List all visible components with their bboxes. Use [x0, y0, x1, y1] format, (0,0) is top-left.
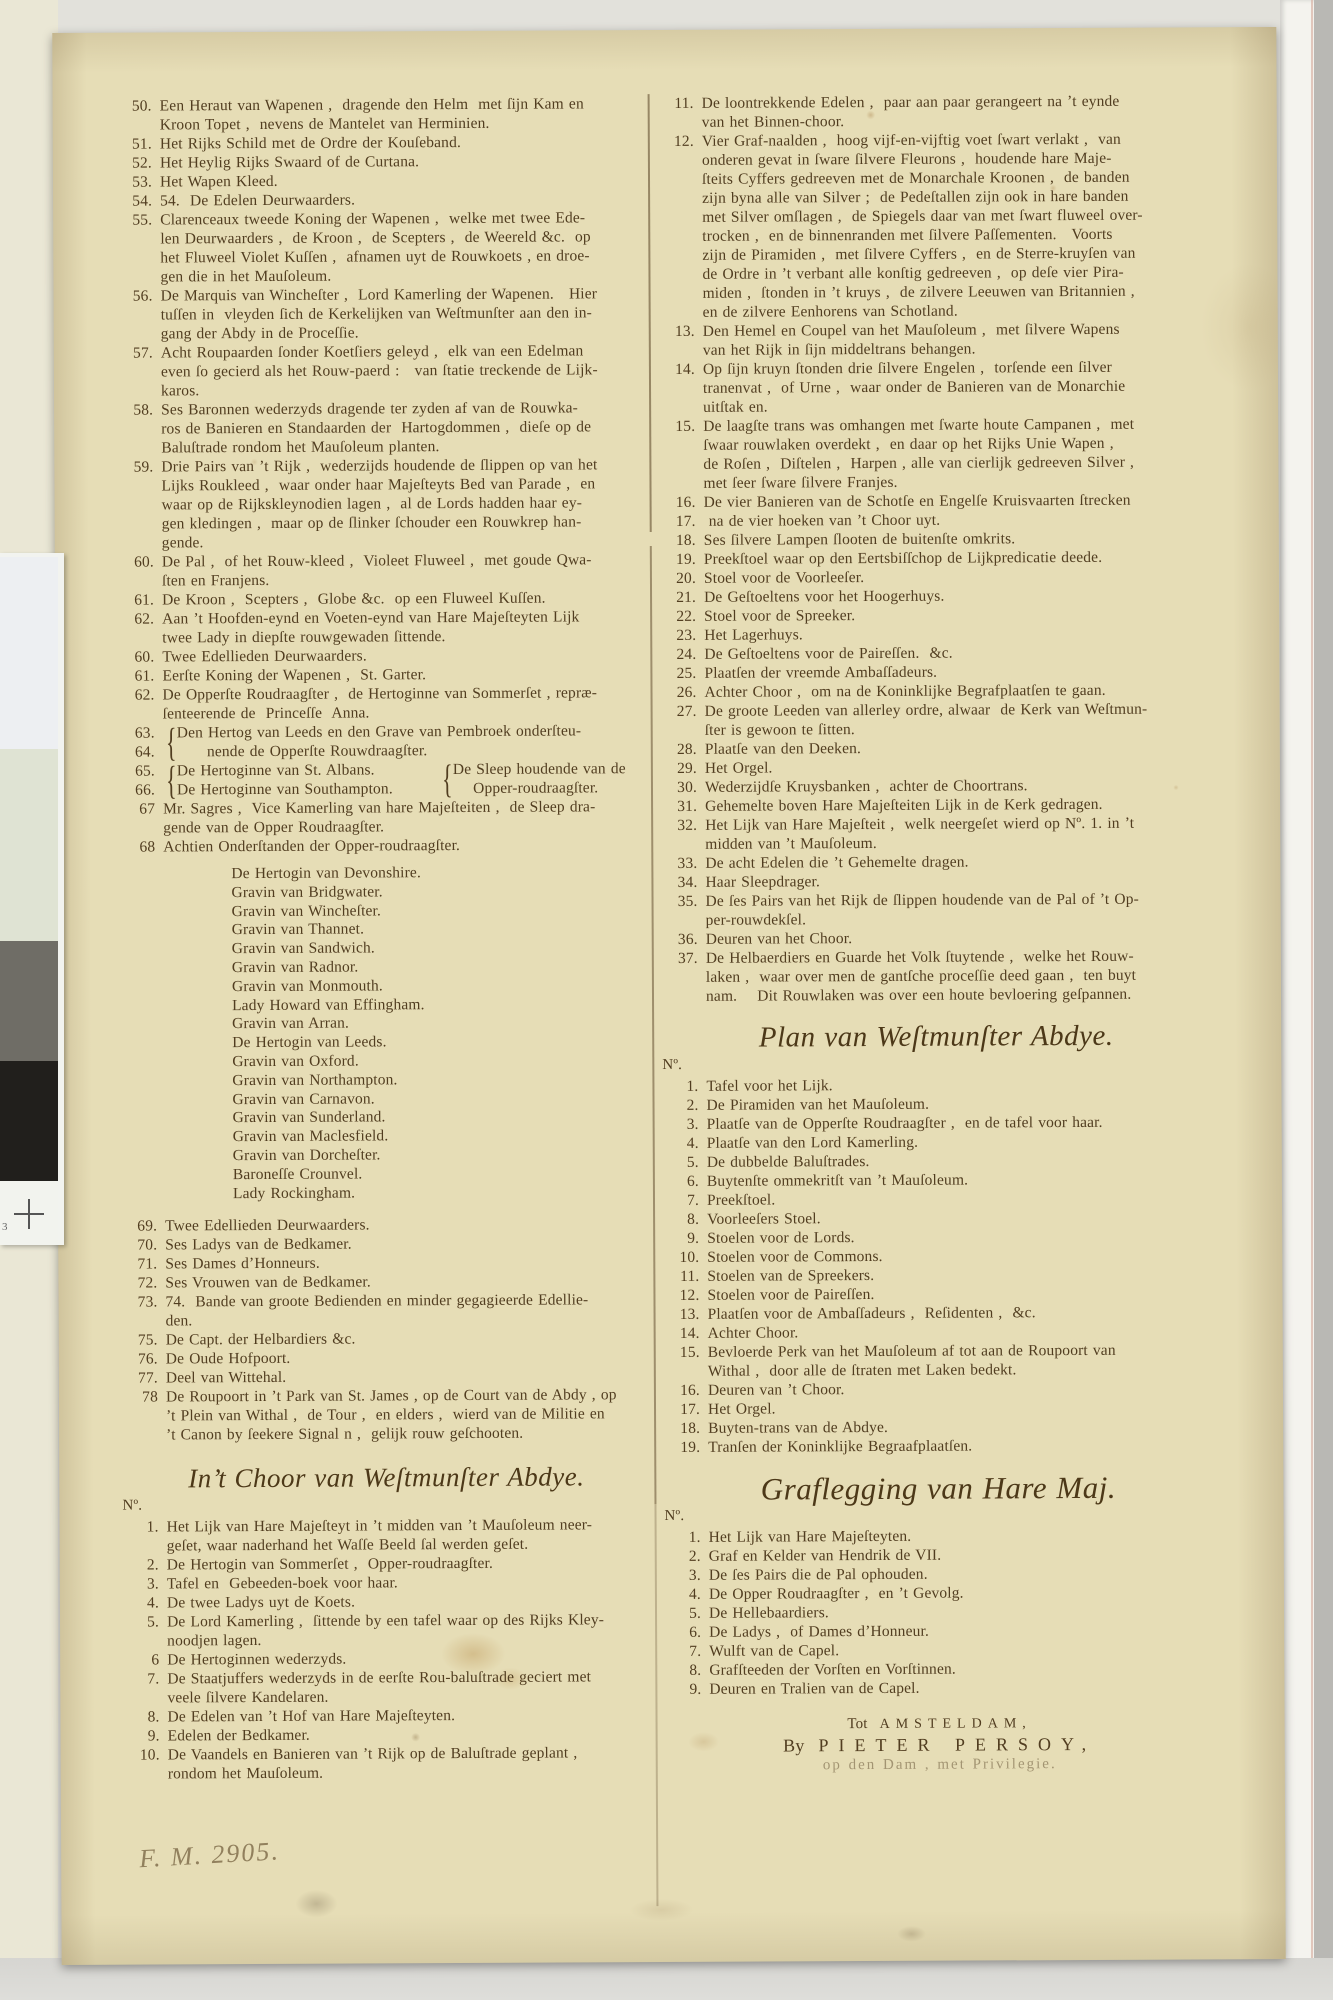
- item-number: 77.: [122, 1369, 158, 1388]
- list-item: 78 De Roupoort in ’t Park van St. James …: [122, 1385, 650, 1445]
- list-item: 2. De Hertogin van Sommerſet , Opper-rou…: [123, 1553, 651, 1575]
- item-text: Eerſte Koning der Wapenen , St. Garter.: [162, 664, 646, 685]
- item-text: Stoel voor de Voorleeſer.: [704, 566, 1208, 587]
- item-number: 1.: [123, 1518, 159, 1556]
- list-item: 55. Clarenceaux tweede Koning der Wapene…: [116, 208, 644, 287]
- item-text: Deel van Wittehal.: [166, 1366, 650, 1387]
- item-number: 10.: [124, 1746, 160, 1784]
- item-text: Buyten-trans van de Abdye.: [708, 1416, 1212, 1437]
- item-text: Het Lijk van Hare Majeſteyt in ’t midden…: [167, 1515, 651, 1555]
- item-text: Den Hemel en Coupel van het Mauſoleum , …: [703, 319, 1207, 359]
- item-number: 4.: [665, 1585, 701, 1604]
- list-item-braced-63-64: 63. 64. { Den Hertog van Leeds en den Gr…: [119, 721, 647, 762]
- section-heading-graflegging: Graflegging van Hare Maj.: [664, 1477, 1212, 1499]
- scan-right-background: [1314, 0, 1333, 2000]
- item-text: De Geſtoeltens voor de Paireſſen. &c.: [704, 642, 1208, 663]
- item-text: De Edelen van ’t Hof van Hare Majeſteyte…: [167, 1705, 651, 1726]
- item-number: 71.: [121, 1255, 157, 1274]
- item-number: 1.: [665, 1528, 701, 1547]
- list-item: 13. Den Hemel en Coupel van het Mauſoleu…: [659, 319, 1207, 360]
- item-number: 28.: [661, 740, 697, 759]
- brace-glyph: {: [442, 760, 450, 798]
- item-number: 4.: [123, 1594, 159, 1613]
- item-number: 31.: [661, 797, 697, 816]
- item-text: De ſes Pairs van het Rijk de ſlippen hou…: [705, 889, 1209, 929]
- item-number: 23.: [660, 626, 696, 645]
- item-text: Het Lijk van Hare Majeſteyten.: [709, 1525, 1213, 1546]
- item-text: Clarenceaux tweede Koning der Wapenen , …: [160, 208, 644, 286]
- name-line: Gravin van Radnor.: [232, 957, 648, 978]
- calibration-mark: 3: [2, 1221, 8, 1233]
- name-line: Gravin van Dorcheſter.: [233, 1145, 649, 1166]
- name-line: De Hertogin van Devonshire.: [231, 863, 647, 884]
- item-text: Graf en Kelder van Hendrik de VII.: [709, 1544, 1213, 1565]
- name-line: Gravin van Wincheſter.: [232, 901, 648, 922]
- name-line: Gravin van Monmouth.: [232, 976, 648, 997]
- item-text: De Pal , of het Rouw-kleed , Violeet Flu…: [162, 550, 646, 590]
- item-number: 52.: [116, 154, 152, 173]
- name-line: Lady Howard van Effingham.: [232, 995, 648, 1016]
- item-number: 14.: [659, 360, 695, 417]
- item-text: Stoelen voor de Commons.: [707, 1245, 1211, 1266]
- left-column: 50. Een Heraut van Wapenen , dragende de…: [116, 94, 652, 1784]
- item-number: 9.: [665, 1680, 701, 1699]
- item-number: 19.: [660, 550, 696, 569]
- item-text: Haar Sleepdrager.: [705, 870, 1209, 891]
- item-text: Het Orgel.: [705, 756, 1209, 777]
- item-text: De twee Ladys uyt de Koets.: [167, 1591, 651, 1612]
- item-text: Den Hertog van Leeds en den Grave van Pe…: [177, 721, 582, 761]
- list-item: 61. De Kroon , Scepters , Globe &c. op e…: [118, 588, 646, 610]
- imprint-address: op den Dam , met Privilegie.: [666, 1753, 1214, 1776]
- item-text: Plaatſe van den Deeken.: [705, 737, 1209, 758]
- item-number: 7.: [123, 1670, 159, 1708]
- item-number: 9.: [663, 1229, 699, 1248]
- imprint-printer: ByPieter Persoy,: [666, 1733, 1214, 1756]
- item-text: Het Lijk van Hare Majeſteit , welk neerg…: [705, 813, 1209, 853]
- item-number: 54.: [116, 192, 152, 211]
- item-text: na de vier hoeken van ’t Choor uyt.: [704, 509, 1208, 530]
- procession-list-60-62: 60. Twee Edellieden Deurwaarders. 61. Ee…: [118, 645, 646, 724]
- name-line: Gravin van Carnavon.: [232, 1089, 648, 1110]
- item-number: 13.: [664, 1305, 700, 1324]
- item-text: Achtien Onderſtanden der Opper-roudraagſ…: [163, 835, 647, 856]
- item-numbers: 65. 66.: [119, 762, 155, 800]
- item-number: 32.: [661, 816, 697, 854]
- imprint-city: TotAmsteldam,: [666, 1712, 1214, 1736]
- item-text: Deuren en Tralien van de Capel.: [709, 1677, 1213, 1698]
- choor-list: 1. Het Lijk van Hare Majeſteyt in ’t mid…: [123, 1515, 652, 1784]
- item-number: 12.: [658, 132, 695, 322]
- item-number: 7.: [663, 1191, 699, 1210]
- item-number: 19.: [664, 1438, 700, 1457]
- item-number: 6: [123, 1651, 159, 1670]
- item-text: De Hertoginnen wederzyds.: [167, 1648, 651, 1669]
- item-text: Op ſijn kruyn ſtonden drie ſilvere Engel…: [703, 357, 1207, 416]
- brace-glyph: {: [166, 761, 174, 799]
- list-item: 12. Vier Graf-naalden , hoog vijf-en-vij…: [658, 129, 1207, 322]
- calibration-patch-darkgray: [0, 941, 58, 1061]
- item-number: 60.: [118, 648, 154, 667]
- list-item: 71. Ses Dames d’Honneurs.: [121, 1252, 649, 1274]
- imprint-prefix: Tot: [847, 1716, 867, 1732]
- list-item: 15. De laagſte trans was omhangen met ſw…: [659, 414, 1207, 493]
- list-item: 70. Ses Ladys van de Bedkamer.: [121, 1233, 649, 1255]
- item-number: 16.: [660, 493, 696, 512]
- item-text: De Opperſte Roudraagſter , de Hertoginne…: [162, 683, 646, 723]
- list-item: 1. Het Lijk van Hare Majeſteyt in ’t mid…: [123, 1515, 651, 1556]
- item-number: 15.: [659, 417, 695, 493]
- list-item: 7. De Staatjuffers wederzyds in de eerſt…: [123, 1667, 651, 1708]
- item-number: 50.: [116, 97, 152, 135]
- item-number: 78: [122, 1388, 158, 1445]
- right-column: 11. De loontrekkende Edelen , paar aan p…: [658, 91, 1214, 1776]
- item-text: De Opper Roudraagſter , en ’t Gevolg.: [709, 1582, 1213, 1603]
- item-text: Het Wapen Kleed.: [160, 170, 644, 191]
- number-label: Nº.: [664, 1504, 1212, 1526]
- item-number: 26.: [660, 683, 696, 702]
- name-line: Gravin van Sandwich.: [232, 938, 648, 959]
- item-number: 55.: [116, 211, 152, 287]
- item-text: Deuren van het Choor.: [706, 927, 1210, 948]
- item-number: 18.: [664, 1419, 700, 1438]
- list-item: 14. Op ſijn kruyn ſtonden drie ſilvere E…: [659, 357, 1207, 417]
- name-line: Gravin van Oxford.: [232, 1051, 648, 1072]
- name-line: Gravin van Arran.: [232, 1013, 648, 1034]
- item-number: 3.: [665, 1566, 701, 1585]
- item-number: 70.: [121, 1236, 157, 1255]
- item-number: 67: [119, 800, 155, 838]
- list-item: 5. De Lord Kamerling , ſittende by een t…: [123, 1610, 651, 1651]
- name-line: Gravin van Thannet.: [232, 919, 648, 940]
- list-item: 60. Twee Edellieden Deurwaarders.: [118, 645, 646, 667]
- list-item: 32. Het Lijk van Hare Majeſteit , welk n…: [661, 813, 1209, 854]
- item-number: 76.: [122, 1350, 158, 1369]
- item-number: 17.: [660, 512, 696, 531]
- item-text: De dubbelde Baluſtrades.: [707, 1150, 1211, 1171]
- brace-glyph: {: [166, 723, 174, 761]
- item-text: Twee Edellieden Deurwaarders.: [162, 645, 646, 666]
- item-number: 9.: [124, 1727, 160, 1746]
- list-item: 58. Ses Baronnen wederzyds dragende ter …: [117, 398, 645, 458]
- name-line: Gravin van Sunderland.: [233, 1107, 649, 1128]
- item-text: De groote Leeden van allerley ordre, alw…: [705, 699, 1209, 739]
- item-text: Twee Edellieden Deurwaarders.: [165, 1214, 649, 1235]
- list-item: 72. Ses Vrouwen van de Bedkamer.: [121, 1271, 649, 1293]
- item-text: Het Orgel.: [708, 1397, 1212, 1418]
- item-text: De Oude Hofpoort.: [166, 1347, 650, 1368]
- item-text: Gehemelte boven Hare Majeſteiten Lijk in…: [705, 794, 1209, 815]
- list-item: 37. De Helbaerdiers en Guarde het Volk ſ…: [662, 946, 1210, 1006]
- name-line: Lady Rockingham.: [233, 1183, 649, 1204]
- item-number: 33.: [661, 854, 697, 873]
- item-number: 62.: [118, 686, 154, 724]
- imprint-prefix: By: [783, 1735, 804, 1755]
- list-item: 6 De Hertoginnen wederzyds.: [123, 1648, 651, 1670]
- item-number: 58.: [117, 401, 153, 458]
- item-text: De Hellebaardiers.: [709, 1601, 1213, 1622]
- item-number: 3.: [663, 1115, 699, 1134]
- item-text: Een Heraut van Wapenen , dragende den He…: [160, 94, 644, 134]
- handwritten-catalog-number: F. M. 2905.: [138, 1836, 280, 1874]
- item-number: 61.: [118, 591, 154, 610]
- item-number: 6.: [665, 1623, 701, 1642]
- item-text: Wulft van de Capel.: [709, 1639, 1213, 1660]
- list-item: 60. De Pal , of het Rouw-kleed , Violeet…: [118, 550, 646, 591]
- item-text: Stoel voor de Spreeker.: [704, 604, 1208, 625]
- list-item: 75. De Capt. der Helbardiers &c.: [122, 1328, 650, 1350]
- item-text: Preekſtoel.: [707, 1188, 1211, 1209]
- item-number: 11.: [658, 94, 694, 132]
- item-number: 6.: [663, 1172, 699, 1191]
- scan-right-mat: [1280, 0, 1314, 2000]
- item-text: Het Rijks Schild met de Ordre der Kouſeb…: [160, 132, 644, 153]
- item-text: De Capt. der Helbardiers &c.: [166, 1328, 650, 1349]
- item-number: 27.: [661, 702, 697, 740]
- item-number: 8.: [665, 1661, 701, 1680]
- name-line: Gravin van Northampton.: [232, 1070, 648, 1091]
- item-text: Plaatſe van de Opperſte Roudraagſter , e…: [707, 1112, 1211, 1133]
- item-text: Edelen der Bedkamer.: [168, 1724, 652, 1745]
- item-text: Aan ’t Hoofden-eynd en Voeten-eynd van H…: [162, 607, 646, 647]
- item-text: Deuren van ’t Choor.: [708, 1378, 1212, 1399]
- item-number: 24.: [660, 645, 696, 664]
- list-item: 73. 74. Bande van groote Bedienden en mi…: [121, 1290, 649, 1331]
- item-number: 65.: [135, 762, 155, 781]
- item-text: De acht Edelen die ’t Gehemelte dragen.: [705, 851, 1209, 872]
- name-line: Gravin van Bridgwater.: [231, 882, 647, 903]
- item-text: Bevloerde Perk van het Mauſoleum af tot …: [708, 1340, 1212, 1380]
- item-text: Plaatſe van den Lord Kamerling.: [707, 1131, 1211, 1152]
- item-text: Buytenſte ommekritſt van ’t Mauſoleum.: [707, 1169, 1211, 1190]
- list-item: 67 Mr. Sagres , Vice Kamerling van hare …: [119, 797, 647, 838]
- item-number: 13.: [659, 322, 695, 360]
- item-text: De Hertogin van Sommerſet , Opper-roudra…: [167, 1553, 651, 1574]
- list-item: 62. De Opperſte Roudraagſter , de Hertog…: [118, 683, 646, 724]
- registration-cross-icon: [28, 1199, 30, 1229]
- item-number: 56.: [117, 287, 153, 344]
- imprint-city-name: Amsteldam,: [880, 1716, 1032, 1732]
- item-number: 36.: [662, 930, 698, 949]
- list-item: 27. De groote Leeden van allerley ordre,…: [661, 699, 1209, 740]
- section-heading-choor: In’t Choor van Weſtmunſter Abdye.: [122, 1467, 650, 1489]
- item-text: De Staatjuffers wederzyds in de eerſte R…: [167, 1667, 651, 1707]
- item-text: Vier Graf-naalden , hoog vijf-en-vijftig…: [702, 129, 1207, 321]
- procession-list-50-62: 50. Een Heraut van Wapenen , dragende de…: [116, 94, 647, 648]
- list-item: 77. Deel van Wittehal.: [122, 1366, 650, 1388]
- item-number: 5.: [123, 1613, 159, 1651]
- list-item: 57. Acht Roupaarden ſonder Koetſiers gel…: [117, 341, 645, 401]
- item-number: 30.: [661, 778, 697, 797]
- item-text: Het Lagerhuys.: [704, 623, 1208, 644]
- item-number: 66.: [135, 781, 155, 800]
- item-number: 1.: [662, 1077, 698, 1096]
- item-text: Ses ſilvere Lampen ſlooten de buitenſte …: [704, 528, 1208, 549]
- imprint: TotAmsteldam, ByPieter Persoy, op den Da…: [666, 1712, 1214, 1776]
- item-text: Ses Dames d’Honneurs.: [165, 1252, 649, 1273]
- item-number: 73.: [121, 1293, 157, 1331]
- item-number: 75.: [122, 1331, 158, 1350]
- item-text: Stoelen van de Spreekers.: [707, 1264, 1211, 1285]
- item-text: De Hertoginne van St. Albans. De Hertogi…: [177, 760, 439, 799]
- list-item: 35. De ſes Pairs van het Rijk de ſlippen…: [661, 889, 1209, 930]
- item-number: 35.: [661, 892, 697, 930]
- item-number: 5.: [665, 1604, 701, 1623]
- noblewomen-name-list: De Hertogin van Devonshire. Gravin van B…: [119, 863, 649, 1204]
- list-item: 76. De Oude Hofpoort.: [122, 1347, 650, 1369]
- name-line: De Hertogin van Leeds.: [232, 1032, 648, 1053]
- imprint-printer-name: Pieter Persoy,: [818, 1734, 1096, 1755]
- item-number: 51.: [116, 135, 152, 154]
- item-number: 64.: [135, 743, 155, 762]
- section-heading-plan: Plan van Weſtmunſter Abdye.: [662, 1026, 1210, 1048]
- item-text: Plaatſen voor de Ambaſſadeurs , Reſident…: [708, 1302, 1212, 1323]
- item-number: 15.: [664, 1343, 700, 1381]
- list-item: 68 Achtien Onderſtanden der Opper-roudra…: [119, 835, 647, 857]
- item-text: Wederzijdſe Kruysbanken , achter de Choo…: [705, 775, 1209, 796]
- item-text: Ses Ladys van de Bedkamer.: [165, 1233, 649, 1254]
- list-item: 9. Deuren en Tralien van de Capel.: [665, 1677, 1213, 1699]
- item-number: 14.: [664, 1324, 700, 1343]
- item-text: De Sleep houdende van de Opper-roudraagſ…: [453, 759, 626, 798]
- name-line: Baroneſſe Crounvel.: [233, 1164, 649, 1185]
- calibration-patch-lightgray: [0, 749, 58, 941]
- item-number: 63.: [135, 724, 155, 743]
- item-text: Achter Choor.: [708, 1321, 1212, 1342]
- list-item: 15. Bevloerde Perk van het Mauſoleum af …: [664, 1340, 1212, 1381]
- item-text: De Ladys , of Dames d’Honneur.: [709, 1620, 1213, 1641]
- item-text: Achter Choor , om na de Koninklijke Begr…: [704, 680, 1208, 701]
- item-number: 8.: [123, 1708, 159, 1727]
- item-text: De Marquis van Wincheſter , Lord Kamerli…: [161, 284, 645, 343]
- item-number: 7.: [665, 1642, 701, 1661]
- item-number: 10.: [663, 1248, 699, 1267]
- list-item: 50. Een Heraut van Wapenen , dragende de…: [116, 94, 644, 135]
- item-text: De Geſtoeltens voor het Hoogerhuys.: [704, 585, 1208, 606]
- item-number: 2.: [123, 1556, 159, 1575]
- list-item: 59. Drie Pairs van ’t Rijk , wederzijds …: [117, 455, 645, 553]
- item-text: De vier Banieren van de Schotſe en Engel…: [704, 490, 1208, 511]
- list-item-braced-65-66: 65. 66. { De Hertoginne van St. Albans. …: [119, 759, 647, 800]
- calibration-patch-white: [0, 557, 58, 749]
- item-number: 72.: [121, 1274, 157, 1293]
- list-item: 61. Eerſte Koning der Wapenen , St. Gart…: [118, 664, 646, 686]
- item-number: 53.: [116, 173, 152, 192]
- procession-list-69-78: 69. Twee Edellieden Deurwaarders. 70. Se…: [121, 1214, 650, 1445]
- item-number: 2.: [665, 1547, 701, 1566]
- graflegging-list: 1. Het Lijk van Hare Majeſteyten. 2. Gra…: [665, 1525, 1214, 1699]
- item-number: 2.: [662, 1096, 698, 1115]
- item-text: De Lord Kamerling , ſittende by een tafe…: [167, 1610, 651, 1650]
- item-text: 74. Bande van groote Bedienden en minder…: [165, 1290, 649, 1330]
- list-item: 62. Aan ’t Hoofden-eynd en Voeten-eynd v…: [118, 607, 646, 648]
- item-number: 37.: [662, 949, 698, 1006]
- item-text: De laagſte trans was omhangen met ſwarte…: [703, 414, 1207, 492]
- item-number: 5.: [663, 1153, 699, 1172]
- number-label: Nº.: [662, 1053, 1210, 1075]
- procession-list-11-37: 11. De loontrekkende Edelen , paar aan p…: [658, 91, 1210, 1006]
- item-text: Plaatſen der vreemde Ambaſſadeurs.: [704, 661, 1208, 682]
- item-text: Voorleeſers Stoel.: [707, 1207, 1211, 1228]
- list-item: 11. De loontrekkende Edelen , paar aan p…: [658, 91, 1206, 132]
- calibration-strip: 3: [0, 553, 64, 1245]
- item-number: 11.: [663, 1267, 699, 1286]
- item-text: Mr. Sagres , Vice Kamerling van hare Maj…: [163, 797, 647, 837]
- list-item: 56. De Marquis van Wincheſter , Lord Kam…: [117, 284, 645, 344]
- list-item: 8. De Edelen van ’t Hof van Hare Majeſte…: [123, 1705, 651, 1727]
- name-line: Gravin van Maclesfield.: [233, 1126, 649, 1147]
- item-number: 29.: [661, 759, 697, 778]
- calibration-patch-black: [0, 1061, 58, 1181]
- item-number: 4.: [663, 1134, 699, 1153]
- item-number: 25.: [660, 664, 696, 683]
- list-item: 4. De twee Ladys uyt de Koets.: [123, 1591, 651, 1613]
- list-item: 9. Edelen der Bedkamer.: [124, 1724, 652, 1746]
- item-number: 69.: [121, 1217, 157, 1236]
- list-item: 69. Twee Edellieden Deurwaarders.: [121, 1214, 649, 1236]
- item-text: De loontrekkende Edelen , paar aan paar …: [702, 91, 1206, 131]
- item-number: 57.: [117, 344, 153, 401]
- item-text: Tafel en Gebeeden-boek voor haar.: [167, 1572, 651, 1593]
- item-number: 59.: [117, 458, 153, 553]
- item-number: 60.: [118, 553, 154, 591]
- list-item: 54. 54. De Edelen Deurwaarders.: [116, 189, 644, 211]
- item-number: 68: [119, 838, 155, 857]
- item-number: 34.: [661, 873, 697, 892]
- item-number: 8.: [663, 1210, 699, 1229]
- item-number: 21.: [660, 588, 696, 607]
- item-text: 54. De Edelen Deurwaarders.: [160, 189, 644, 210]
- item-text: Tafel voor het Lijk.: [706, 1074, 1210, 1095]
- item-text: Stoelen voor de Paireſſen.: [707, 1283, 1211, 1304]
- item-text: De Kroon , Scepters , Globe &c. op een F…: [162, 588, 646, 609]
- list-item: 3. Tafel en Gebeeden-boek voor haar.: [123, 1572, 651, 1594]
- list-item: 19. Tranſen der Koninklijke Begraafplaat…: [664, 1435, 1212, 1457]
- item-text: Het Heylig Rijks Swaard of de Curtana.: [160, 151, 644, 172]
- item-number: 3.: [123, 1575, 159, 1594]
- item-number: 20.: [660, 569, 696, 588]
- item-number: 62.: [118, 610, 154, 648]
- item-number: 17.: [664, 1400, 700, 1419]
- item-text: Ses Baronnen wederzyds dragende ter zyde…: [161, 398, 645, 457]
- broadside-paper: 50. Een Heraut van Wapenen , dragende de…: [52, 27, 1285, 1965]
- item-number: 18.: [660, 531, 696, 550]
- item-numbers: 63. 64.: [119, 724, 155, 762]
- item-number: 61.: [118, 667, 154, 686]
- item-text: Stoelen voor de Lords.: [707, 1226, 1211, 1247]
- plan-list: 1. Tafel voor het Lijk. 2. De Piramiden …: [662, 1074, 1212, 1457]
- number-label: Nº.: [122, 1494, 650, 1516]
- list-item: 52. Het Heylig Rijks Swaard of de Curtan…: [116, 151, 644, 173]
- scan-right-edge-line: [1311, 0, 1313, 2000]
- item-text: Drie Pairs van ’t Rijk , wederzijds houd…: [161, 455, 645, 552]
- item-text: Preekſtoel waar op den Eertsbiſſchop de …: [704, 547, 1208, 568]
- item-text: De Roupoort in ’t Park van St. James , o…: [166, 1385, 650, 1444]
- item-text: De Helbaerdiers en Guarde het Volk ſtuyt…: [706, 946, 1210, 1005]
- procession-list-67-68: 67 Mr. Sagres , Vice Kamerling van hare …: [119, 797, 647, 857]
- item-text: Grafſteeden der Vorſten en Vorſtinnen.: [709, 1658, 1213, 1679]
- list-item: 51. Het Rijks Schild met de Ordre der Ko…: [116, 132, 644, 154]
- item-text: De ſes Pairs die de Pal ophouden.: [709, 1563, 1213, 1584]
- item-number: 12.: [663, 1286, 699, 1305]
- list-item: 53. Het Wapen Kleed.: [116, 170, 644, 192]
- item-text: Acht Roupaarden ſonder Koetſiers geleyd …: [161, 341, 645, 400]
- item-text: De Vaandels en Banieren van ’t Rijk op d…: [168, 1743, 652, 1783]
- item-text: De Piramiden van het Mauſoleum.: [706, 1093, 1210, 1114]
- list-item: 10. De Vaandels en Banieren van ’t Rijk …: [124, 1743, 652, 1784]
- item-number: 16.: [664, 1381, 700, 1400]
- item-number: 22.: [660, 607, 696, 626]
